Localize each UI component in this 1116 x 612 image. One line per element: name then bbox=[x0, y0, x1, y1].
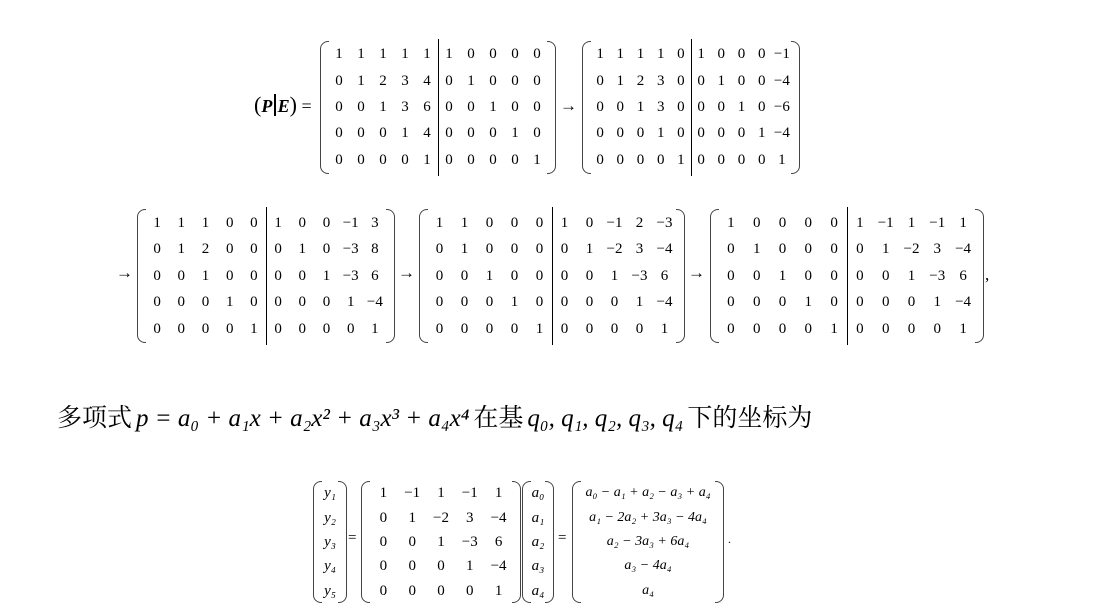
matrix-cell: 0 bbox=[372, 121, 394, 146]
matrix-cell: 1 bbox=[452, 237, 477, 262]
matrix-cell: 0 bbox=[193, 317, 217, 342]
matrix-cell: 0 bbox=[218, 264, 242, 289]
matrix-cell: −1 bbox=[602, 211, 627, 236]
matrix-cell: 0 bbox=[502, 211, 527, 236]
matrix-cell: 1 bbox=[290, 237, 314, 262]
matrix-cell: 0 bbox=[369, 530, 398, 554]
vector-y: y₁y₂y₃y₄y₅ bbox=[313, 481, 347, 603]
matrix-cell: 1 bbox=[477, 264, 502, 289]
matrix-cell: 0 bbox=[711, 42, 731, 67]
matrix-cell: −4 bbox=[484, 554, 513, 578]
matrix-cell: 2 bbox=[627, 211, 652, 236]
matrix-cell: −1 bbox=[924, 211, 950, 236]
matrix-cell: 0 bbox=[527, 264, 552, 289]
matrix-step-1: 111101000−1012300100−4001300010−60001000… bbox=[582, 41, 800, 174]
matrix-cell: 0 bbox=[744, 264, 770, 289]
matrix-cell: 0 bbox=[795, 317, 821, 342]
matrix-cell: 0 bbox=[328, 95, 350, 120]
matrix-cell: 1 bbox=[526, 148, 548, 173]
matrix-cell: 2 bbox=[193, 237, 217, 262]
matrix-cell: −1 bbox=[398, 481, 427, 505]
matrix-cell: 0 bbox=[526, 95, 548, 120]
augment-divider bbox=[438, 39, 439, 176]
right-paren bbox=[715, 481, 724, 603]
matrix-cell: 6 bbox=[652, 264, 677, 289]
matrix-cell: 1 bbox=[899, 264, 925, 289]
matrix-cell: 1 bbox=[502, 290, 527, 315]
matrix-cell: 1 bbox=[711, 69, 731, 94]
matrix-cell: 0 bbox=[526, 69, 548, 94]
matrix-cell: 1 bbox=[193, 211, 217, 236]
matrix-cell: 0 bbox=[372, 148, 394, 173]
matrix-cell: 0 bbox=[795, 211, 821, 236]
matrix-cell: 3 bbox=[651, 69, 671, 94]
transition-matrix: 1−11−1101−23−4001−360001−400001 bbox=[361, 481, 521, 603]
matrix-cell: −2 bbox=[427, 506, 456, 530]
comma: , bbox=[985, 265, 989, 285]
matrix-cell: 0 bbox=[314, 237, 338, 262]
matrix-cell: 0 bbox=[218, 237, 242, 262]
right-paren bbox=[791, 41, 800, 174]
matrix-cell: 0 bbox=[427, 264, 452, 289]
matrix-cell: a₁ bbox=[530, 506, 546, 530]
matrix-cell: −1 bbox=[772, 42, 792, 67]
matrix-cell: 0 bbox=[145, 264, 169, 289]
matrix-cell: 0 bbox=[847, 264, 873, 289]
right-paren bbox=[512, 481, 521, 603]
matrix-cell: 0 bbox=[145, 317, 169, 342]
matrix-cell: 0 bbox=[627, 317, 652, 342]
matrix-cell: 0 bbox=[427, 290, 452, 315]
equals-sign-3: = bbox=[558, 530, 566, 547]
augment-divider bbox=[847, 207, 848, 345]
matrix-cell: 3 bbox=[651, 95, 671, 120]
matrix-cell: 1 bbox=[339, 290, 363, 315]
matrix-cell: 1 bbox=[924, 290, 950, 315]
matrix-cell: y₁ bbox=[321, 481, 339, 505]
matrix-cell: 0 bbox=[169, 290, 193, 315]
matrix-cell: 0 bbox=[314, 211, 338, 236]
matrix-cell: 0 bbox=[691, 148, 711, 173]
matrix-cell: 0 bbox=[602, 317, 627, 342]
matrix-cell: 0 bbox=[266, 290, 290, 315]
matrix-cell: −3 bbox=[652, 211, 677, 236]
matrix-cell: 0 bbox=[290, 211, 314, 236]
matrix-cell: 1 bbox=[218, 290, 242, 315]
right-paren bbox=[386, 209, 395, 343]
matrix-cell: 0 bbox=[266, 317, 290, 342]
matrix-cell: 0 bbox=[590, 148, 610, 173]
arrow-2: → bbox=[116, 263, 133, 283]
matrix-cell: y₅ bbox=[321, 579, 339, 603]
matrix-cell: 0 bbox=[718, 237, 744, 262]
matrix-cell: 0 bbox=[744, 211, 770, 236]
matrix-cell: 1 bbox=[504, 121, 526, 146]
matrix-cell: 1 bbox=[427, 530, 456, 554]
matrix-cell: 0 bbox=[731, 148, 751, 173]
text-polynomial: 多项式 bbox=[57, 398, 132, 434]
matrix-cell: 0 bbox=[452, 317, 477, 342]
matrix-cell: 1 bbox=[899, 211, 925, 236]
matrix-cell: 1 bbox=[460, 69, 482, 94]
right-paren bbox=[547, 41, 556, 174]
coordinate-sentence: 多项式 p = a₀ + a₁x + a₂x² + a₃x³ + a₄x⁴ 在基… bbox=[57, 398, 812, 434]
matrix-cell: 3 bbox=[924, 237, 950, 262]
matrix-step-3: 1100010−12−30100001−23−400100001−3600010… bbox=[419, 209, 685, 343]
matrix-cell: 0 bbox=[671, 121, 691, 146]
matrix-cell: 0 bbox=[482, 148, 504, 173]
matrix-step-2: 11100100−1301200010−3800100001−360001000… bbox=[137, 209, 395, 343]
matrix-cell: 0 bbox=[899, 317, 925, 342]
matrix-cell: 1 bbox=[394, 121, 416, 146]
matrix-cell: 0 bbox=[502, 264, 527, 289]
matrix-cell: 1 bbox=[772, 148, 792, 173]
matrix-cell: 0 bbox=[752, 95, 772, 120]
matrix-cell: 1 bbox=[652, 317, 677, 342]
matrix-cell: a₀ − a₁ + a₂ − a₃ + a₄ bbox=[580, 481, 716, 505]
matrix-cell: 0 bbox=[770, 211, 796, 236]
matrix-cell: 1 bbox=[671, 148, 691, 173]
matrix-cell: 0 bbox=[795, 237, 821, 262]
period: . bbox=[728, 532, 731, 547]
matrix-cell: 0 bbox=[770, 290, 796, 315]
matrix-cell: 0 bbox=[718, 264, 744, 289]
matrix-cell: 0 bbox=[731, 121, 751, 146]
matrix-cell: −4 bbox=[652, 290, 677, 315]
matrix-cell: 0 bbox=[610, 121, 630, 146]
arrow-1: → bbox=[560, 96, 577, 116]
matrix-cell: 1 bbox=[577, 237, 602, 262]
matrix-cell: 0 bbox=[328, 121, 350, 146]
matrix-cell: −6 bbox=[772, 95, 792, 120]
symbol-e: E bbox=[278, 96, 290, 116]
arrow-3: → bbox=[398, 263, 415, 283]
arrow-4: → bbox=[688, 263, 705, 283]
matrix-cell: 1 bbox=[610, 42, 630, 67]
matrix-cell: 3 bbox=[394, 69, 416, 94]
matrix-cell: 0 bbox=[145, 237, 169, 262]
matrix-cell: 0 bbox=[873, 264, 899, 289]
matrix-cell: 0 bbox=[651, 148, 671, 173]
matrix-cell: 0 bbox=[427, 317, 452, 342]
matrix-cell: 0 bbox=[711, 95, 731, 120]
matrix-cell: 0 bbox=[477, 237, 502, 262]
matrix-cell: 0 bbox=[482, 69, 504, 94]
matrix-cell: 0 bbox=[527, 290, 552, 315]
matrix-cell: a₂ − 3a₃ + 6a₄ bbox=[580, 530, 716, 554]
matrix-cell: 1 bbox=[266, 211, 290, 236]
matrix-cell: 0 bbox=[218, 211, 242, 236]
matrix-cell: −4 bbox=[950, 290, 976, 315]
matrix-cell: 1 bbox=[744, 237, 770, 262]
matrix-cell: 1 bbox=[950, 211, 976, 236]
matrix-cell: 0 bbox=[438, 69, 460, 94]
matrix-cell: 0 bbox=[477, 317, 502, 342]
matrix-cell: 1 bbox=[416, 148, 438, 173]
matrix-cell: 1 bbox=[691, 42, 711, 67]
matrix-cell: 0 bbox=[718, 290, 744, 315]
matrix-cell: y₃ bbox=[321, 530, 339, 554]
matrix-cell: 1 bbox=[770, 264, 796, 289]
matrix-cell: 0 bbox=[328, 69, 350, 94]
matrix-cell: 0 bbox=[328, 148, 350, 173]
matrix-cell: 0 bbox=[145, 290, 169, 315]
matrix-cell: 0 bbox=[552, 264, 577, 289]
matrix-cell: 0 bbox=[266, 237, 290, 262]
matrix-cell: 3 bbox=[455, 506, 484, 530]
matrix-cell: 0 bbox=[691, 121, 711, 146]
matrix-cell: 6 bbox=[484, 530, 513, 554]
matrix-cell: 0 bbox=[455, 579, 484, 603]
matrix-cell: 4 bbox=[416, 69, 438, 94]
matrix-cell: 0 bbox=[350, 148, 372, 173]
matrix-augmented-initial: 1111110000012340100000136001000001400010… bbox=[320, 41, 556, 174]
matrix-cell: −4 bbox=[772, 121, 792, 146]
matrix-cell: 1 bbox=[718, 211, 744, 236]
matrix-cell: 1 bbox=[350, 69, 372, 94]
matrix-cell: 0 bbox=[526, 42, 548, 67]
matrix-cell: 0 bbox=[398, 579, 427, 603]
matrix-cell: a₄ bbox=[580, 579, 716, 603]
matrix-cell: 1 bbox=[651, 121, 671, 146]
matrix-cell: 0 bbox=[452, 264, 477, 289]
matrix-cell: 1 bbox=[363, 317, 387, 342]
matrix-cell: 0 bbox=[821, 211, 847, 236]
matrix-cell: 0 bbox=[504, 42, 526, 67]
equals-sign-2: = bbox=[348, 530, 356, 547]
matrix-cell: 1 bbox=[552, 211, 577, 236]
matrix-cell: 0 bbox=[502, 237, 527, 262]
matrix-cell: 1 bbox=[950, 317, 976, 342]
matrix-step-4: 100001−11−110100001−23−400100001−3600010… bbox=[710, 209, 984, 343]
matrix-cell: −1 bbox=[455, 481, 484, 505]
matrix-cell: 0 bbox=[873, 317, 899, 342]
matrix-cell: 1 bbox=[193, 264, 217, 289]
matrix-cell: 2 bbox=[372, 69, 394, 94]
matrix-cell: 0 bbox=[711, 148, 731, 173]
matrix-cell: 0 bbox=[502, 317, 527, 342]
matrix-cell: 0 bbox=[242, 211, 266, 236]
matrix-cell: 0 bbox=[821, 264, 847, 289]
matrix-cell: 0 bbox=[847, 317, 873, 342]
matrix-cell: −2 bbox=[602, 237, 627, 262]
matrix-cell: 0 bbox=[193, 290, 217, 315]
matrix-cell: 0 bbox=[218, 317, 242, 342]
matrix-cell: 0 bbox=[671, 42, 691, 67]
matrix-cell: 0 bbox=[290, 290, 314, 315]
matrix-cell: −3 bbox=[627, 264, 652, 289]
matrix-cell: a₃ − 4a₄ bbox=[580, 554, 716, 578]
matrix-cell: a₄ bbox=[530, 579, 546, 603]
right-paren bbox=[676, 209, 685, 343]
matrix-cell: 0 bbox=[169, 264, 193, 289]
matrix-cell: 0 bbox=[427, 554, 456, 578]
matrix-cell: 1 bbox=[527, 317, 552, 342]
matrix-cell: 0 bbox=[602, 290, 627, 315]
matrix-cell: 0 bbox=[770, 317, 796, 342]
matrix-cell: 0 bbox=[460, 148, 482, 173]
matrix-cell: 1 bbox=[610, 69, 630, 94]
right-paren bbox=[338, 481, 347, 603]
matrix-cell: 1 bbox=[847, 211, 873, 236]
matrix-cell: 0 bbox=[452, 290, 477, 315]
matrix-cell: 1 bbox=[484, 579, 513, 603]
matrix-cell: 0 bbox=[590, 121, 610, 146]
vector-a: a₀a₁a₂a₃a₄ bbox=[522, 481, 554, 603]
matrix-cell: 0 bbox=[460, 121, 482, 146]
matrix-cell: 0 bbox=[526, 121, 548, 146]
matrix-cell: 0 bbox=[711, 121, 731, 146]
matrix-cell: 0 bbox=[744, 290, 770, 315]
text-in-basis: 在基 bbox=[473, 398, 523, 434]
matrix-cell: 1 bbox=[427, 481, 456, 505]
matrix-cell: 1 bbox=[398, 506, 427, 530]
matrix-cell: 0 bbox=[350, 95, 372, 120]
matrix-cell: 1 bbox=[394, 42, 416, 67]
matrix-cell: 0 bbox=[477, 290, 502, 315]
matrix-cell: 0 bbox=[527, 211, 552, 236]
matrix-cell: 0 bbox=[438, 95, 460, 120]
matrix-cell: 3 bbox=[394, 95, 416, 120]
matrix-cell: −3 bbox=[924, 264, 950, 289]
matrix-cell: −4 bbox=[652, 237, 677, 262]
matrix-cell: 0 bbox=[590, 95, 610, 120]
matrix-cell: −4 bbox=[950, 237, 976, 262]
matrix-cell: a₃ bbox=[530, 554, 546, 578]
text-coordinates-are: 下的坐标为 bbox=[687, 398, 812, 434]
matrix-cell: 0 bbox=[266, 264, 290, 289]
matrix-cell: −2 bbox=[899, 237, 925, 262]
matrix-cell: 0 bbox=[427, 579, 456, 603]
matrix-cell: y₄ bbox=[321, 554, 339, 578]
augment-divider bbox=[552, 207, 553, 345]
matrix-cell: 0 bbox=[427, 237, 452, 262]
right-paren bbox=[545, 481, 554, 603]
matrix-cell: 0 bbox=[671, 95, 691, 120]
augment-divider bbox=[691, 39, 692, 176]
matrix-cell: −3 bbox=[455, 530, 484, 554]
matrix-cell: 1 bbox=[630, 95, 650, 120]
matrix-cell: 0 bbox=[369, 579, 398, 603]
matrix-cell: 1 bbox=[169, 237, 193, 262]
matrix-cell: 0 bbox=[398, 530, 427, 554]
matrix-cell: y₂ bbox=[321, 506, 339, 530]
matrix-cell: 0 bbox=[339, 317, 363, 342]
matrix-cell: 0 bbox=[394, 148, 416, 173]
result-vector: a₀ − a₁ + a₂ − a₃ + a₄a₁ − 2a₂ + 3a₃ − 4… bbox=[572, 481, 724, 603]
matrix-cell: 0 bbox=[477, 211, 502, 236]
matrix-cell: 0 bbox=[314, 290, 338, 315]
matrix-cell: −3 bbox=[339, 237, 363, 262]
matrix-cell: 0 bbox=[770, 237, 796, 262]
augmented-label: (PE) = bbox=[254, 92, 312, 118]
matrix-cell: 0 bbox=[731, 69, 751, 94]
matrix-cell: 0 bbox=[744, 317, 770, 342]
matrix-cell: 0 bbox=[610, 95, 630, 120]
matrix-cell: 6 bbox=[363, 264, 387, 289]
matrix-cell: 0 bbox=[169, 317, 193, 342]
matrix-cell: −4 bbox=[772, 69, 792, 94]
equals-sign: = bbox=[301, 96, 311, 116]
matrix-cell: 3 bbox=[363, 211, 387, 236]
matrix-cell: 0 bbox=[671, 69, 691, 94]
matrix-cell: 1 bbox=[438, 42, 460, 67]
matrix-cell: 0 bbox=[590, 69, 610, 94]
polynomial-expression: p = a₀ + a₁x + a₂x² + a₃x³ + a₄x⁴ bbox=[136, 405, 469, 433]
matrix-cell: 0 bbox=[873, 290, 899, 315]
matrix-cell: 3 bbox=[627, 237, 652, 262]
matrix-cell: 0 bbox=[847, 290, 873, 315]
matrix-cell: 1 bbox=[795, 290, 821, 315]
matrix-cell: 1 bbox=[169, 211, 193, 236]
matrix-cell: 0 bbox=[369, 506, 398, 530]
matrix-cell: a₁ − 2a₂ + 3a₃ − 4a₄ bbox=[580, 506, 716, 530]
matrix-cell: 6 bbox=[950, 264, 976, 289]
matrix-cell: 0 bbox=[795, 264, 821, 289]
matrix-cell: 1 bbox=[752, 121, 772, 146]
matrix-cell: 0 bbox=[691, 69, 711, 94]
matrix-cell: 6 bbox=[416, 95, 438, 120]
matrix-cell: 0 bbox=[290, 317, 314, 342]
matrix-cell: 0 bbox=[290, 264, 314, 289]
matrix-cell: 0 bbox=[369, 554, 398, 578]
matrix-cell: 0 bbox=[752, 148, 772, 173]
matrix-cell: 1 bbox=[372, 95, 394, 120]
matrix-cell: 1 bbox=[630, 42, 650, 67]
matrix-cell: 0 bbox=[821, 290, 847, 315]
matrix-cell: 0 bbox=[438, 121, 460, 146]
matrix-cell: 0 bbox=[691, 95, 711, 120]
matrix-cell: 1 bbox=[350, 42, 372, 67]
matrix-cell: 1 bbox=[484, 481, 513, 505]
matrix-cell: 0 bbox=[577, 317, 602, 342]
matrix-cell: 0 bbox=[242, 264, 266, 289]
matrix-cell: 0 bbox=[630, 148, 650, 173]
matrix-cell: 1 bbox=[416, 42, 438, 67]
matrix-cell: 1 bbox=[651, 42, 671, 67]
matrix-cell: 0 bbox=[552, 317, 577, 342]
matrix-cell: 2 bbox=[630, 69, 650, 94]
matrix-cell: 0 bbox=[731, 42, 751, 67]
matrix-cell: 0 bbox=[752, 69, 772, 94]
augment-divider bbox=[266, 207, 267, 345]
matrix-cell: 1 bbox=[731, 95, 751, 120]
matrix-cell: 0 bbox=[924, 317, 950, 342]
matrix-cell: 4 bbox=[416, 121, 438, 146]
matrix-cell: 1 bbox=[590, 42, 610, 67]
matrix-cell: 0 bbox=[577, 264, 602, 289]
matrix-cell: 0 bbox=[847, 237, 873, 262]
matrix-cell: 0 bbox=[398, 554, 427, 578]
matrix-cell: 1 bbox=[314, 264, 338, 289]
matrix-cell: 1 bbox=[328, 42, 350, 67]
matrix-cell: 1 bbox=[452, 211, 477, 236]
matrix-cell: −1 bbox=[339, 211, 363, 236]
matrix-cell: 8 bbox=[363, 237, 387, 262]
matrix-cell: 0 bbox=[504, 148, 526, 173]
matrix-cell: −3 bbox=[339, 264, 363, 289]
matrix-cell: 1 bbox=[627, 290, 652, 315]
matrix-cell: 1 bbox=[369, 481, 398, 505]
matrix-cell: 0 bbox=[552, 237, 577, 262]
matrix-cell: 0 bbox=[821, 237, 847, 262]
matrix-cell: 0 bbox=[577, 211, 602, 236]
matrix-cell: a₂ bbox=[530, 530, 546, 554]
matrix-cell: 1 bbox=[145, 211, 169, 236]
matrix-cell: 0 bbox=[504, 95, 526, 120]
matrix-cell: 0 bbox=[552, 290, 577, 315]
matrix-cell: 1 bbox=[372, 42, 394, 67]
